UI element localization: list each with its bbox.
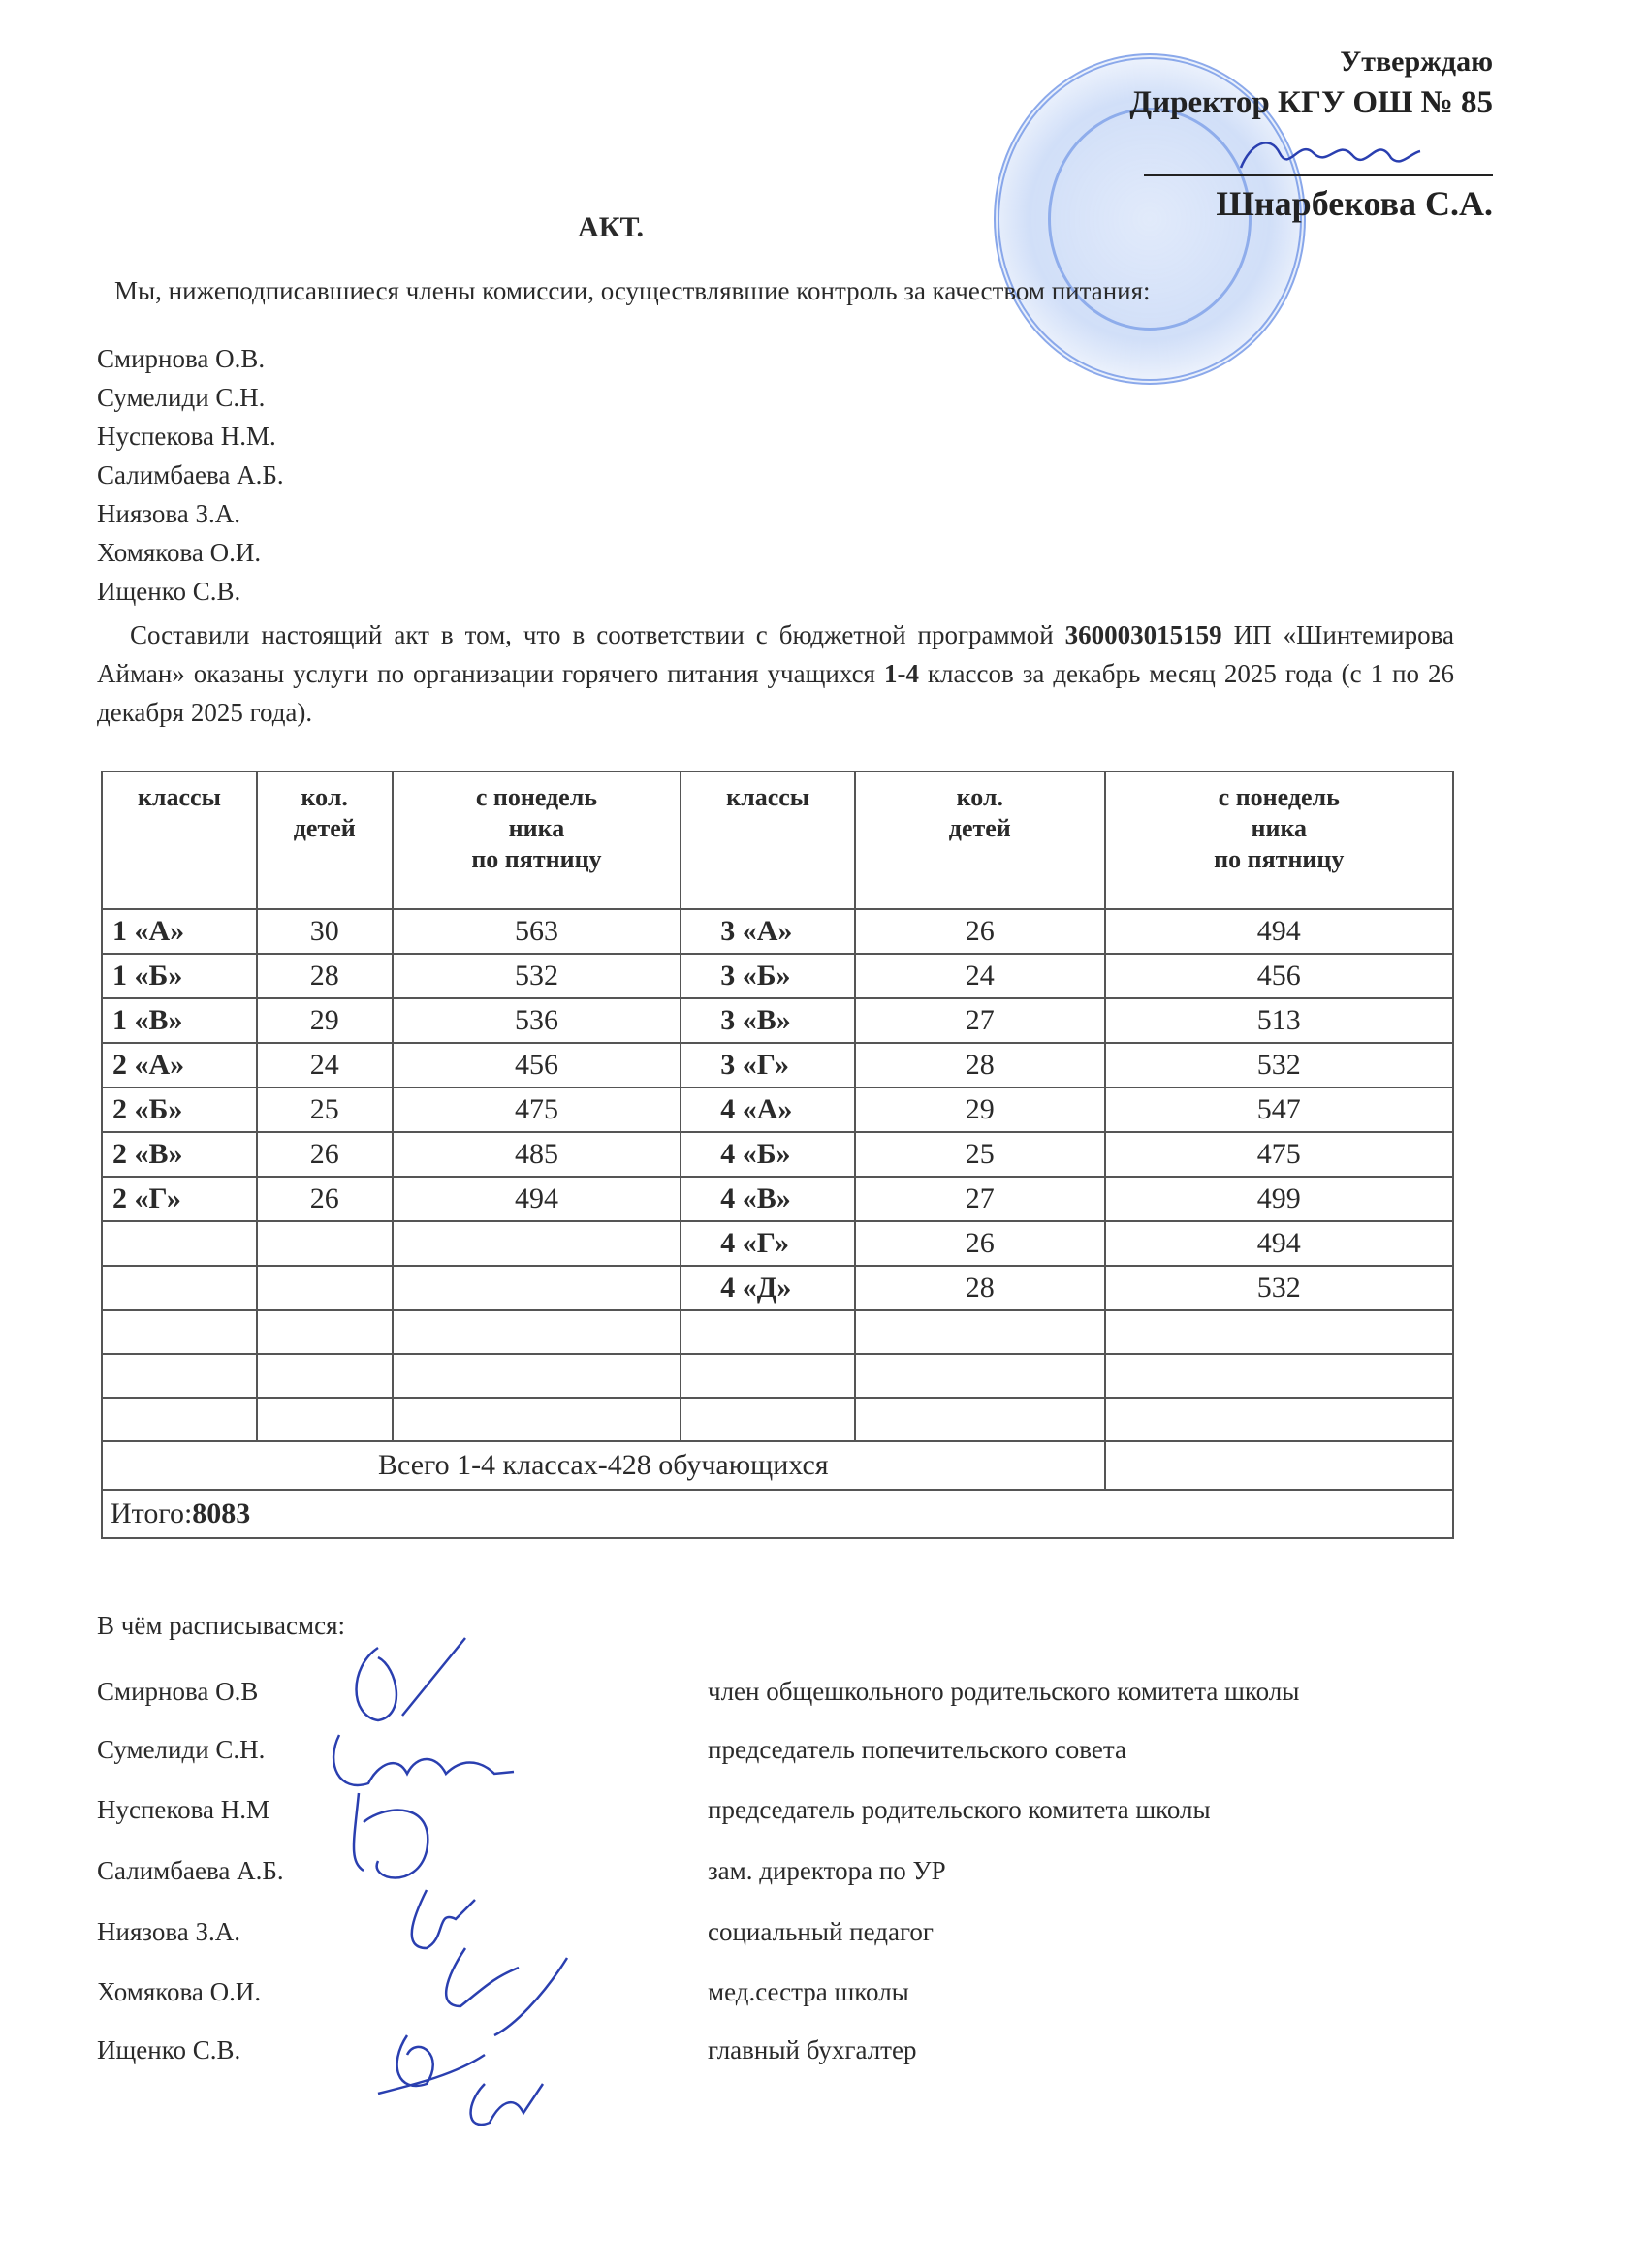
document-title: АКТ. bbox=[0, 211, 1648, 244]
kids-count-cell: 25 bbox=[855, 1132, 1105, 1177]
table-row: 2 «Г»264944 «В»27499 bbox=[102, 1177, 1453, 1221]
days-count-cell: 532 bbox=[1105, 1043, 1453, 1087]
approval-position: Директор КГУ ОШ № 85 bbox=[1129, 81, 1493, 124]
signature-row: Салимбаева А.Б.зам. директора по УР bbox=[97, 1856, 1503, 1895]
member-name: Сумелиди С.Н. bbox=[97, 378, 284, 417]
table-row-empty bbox=[102, 1310, 1453, 1354]
class-cell: 2 «В» bbox=[102, 1132, 257, 1177]
days-count-cell: 532 bbox=[393, 954, 681, 998]
itogo-label: Итого: bbox=[111, 1497, 192, 1529]
kids-count-cell: 30 bbox=[257, 909, 393, 954]
itogo-row: Итого:8083 bbox=[102, 1490, 1453, 1538]
signer-position: социальный педагог bbox=[708, 1917, 934, 1947]
signer-name: Смирнова О.В bbox=[97, 1677, 258, 1707]
signer-position: председатель родительского комитета школ… bbox=[708, 1795, 1211, 1825]
member-name: Ищенко С.В. bbox=[97, 572, 284, 611]
days-count-cell: 494 bbox=[1105, 909, 1453, 954]
days-count-cell: 456 bbox=[1105, 954, 1453, 998]
kids-count-cell bbox=[257, 1266, 393, 1310]
kids-count-cell: 26 bbox=[855, 909, 1105, 954]
meals-table: классы кол.детей с понедельникапо пятниц… bbox=[101, 771, 1454, 1539]
signer-position: зам. директора по УР bbox=[708, 1856, 946, 1886]
commission-members: Смирнова О.В. Сумелиди С.Н. Нуспекова Н.… bbox=[97, 339, 284, 611]
signatures-heading: В чём расписывасмся: bbox=[97, 1611, 345, 1641]
kids-count-cell: 25 bbox=[257, 1087, 393, 1132]
table-row: 1 «Б»285323 «Б»24456 bbox=[102, 954, 1453, 998]
class-cell: 4 «Б» bbox=[681, 1132, 855, 1177]
header-classes: классы bbox=[681, 772, 855, 909]
member-name: Салимбаева А.Б. bbox=[97, 456, 284, 494]
kids-count-cell: 28 bbox=[257, 954, 393, 998]
days-count-cell: 536 bbox=[393, 998, 681, 1043]
class-cell: 4 «В» bbox=[681, 1177, 855, 1221]
class-cell: 3 «Б» bbox=[681, 954, 855, 998]
kids-count-cell: 29 bbox=[855, 1087, 1105, 1132]
days-count-cell: 475 bbox=[1105, 1132, 1453, 1177]
days-count-cell: 513 bbox=[1105, 998, 1453, 1043]
member-name: Смирнова О.В. bbox=[97, 339, 284, 378]
signer-name: Хомякова О.И. bbox=[97, 1977, 261, 2007]
days-count-cell: 499 bbox=[1105, 1177, 1453, 1221]
header-kids-count: кол.детей bbox=[855, 772, 1105, 909]
table-row: 4 «Д»28532 bbox=[102, 1266, 1453, 1310]
kids-count-cell: 26 bbox=[855, 1221, 1105, 1266]
header-kids-count: кол.детей bbox=[257, 772, 393, 909]
class-cell: 1 «Б» bbox=[102, 954, 257, 998]
days-count-cell: 456 bbox=[393, 1043, 681, 1087]
signer-name: Ниязова З.А. bbox=[97, 1917, 240, 1947]
days-count-cell: 485 bbox=[393, 1132, 681, 1177]
days-count-cell bbox=[393, 1221, 681, 1266]
days-count-cell: 563 bbox=[393, 909, 681, 954]
header-classes: классы bbox=[102, 772, 257, 909]
class-cell: 4 «А» bbox=[681, 1087, 855, 1132]
signature-row: Нуспекова Н.Мпредседатель родительского … bbox=[97, 1795, 1503, 1834]
signer-name: Сумелиди С.Н. bbox=[97, 1735, 265, 1765]
paragraph-part1: Составили настоящий акт в том, что в соо… bbox=[130, 620, 1065, 649]
days-count-cell: 494 bbox=[1105, 1221, 1453, 1266]
class-cell: 1 «А» bbox=[102, 909, 257, 954]
kids-count-cell bbox=[257, 1221, 393, 1266]
class-cell: 3 «А» bbox=[681, 909, 855, 954]
signature-row: Сумелиди С.Н.председатель попечительског… bbox=[97, 1735, 1503, 1774]
kids-count-cell: 27 bbox=[855, 998, 1105, 1043]
table-row-empty bbox=[102, 1354, 1453, 1398]
intro-text: Мы, нижеподписавшиеся члены комиссии, ос… bbox=[114, 276, 1151, 306]
class-cell: 2 «Г» bbox=[102, 1177, 257, 1221]
table-row: 2 «А»244563 «Г»28532 bbox=[102, 1043, 1453, 1087]
signer-position: председатель попечительского совета bbox=[708, 1735, 1126, 1765]
signature-row: Ищенко С.В. главный бухгалтер bbox=[97, 2035, 1503, 2074]
total-students-row: Всего 1-4 классах-428 обучающихся bbox=[102, 1441, 1453, 1490]
table-row-empty bbox=[102, 1398, 1453, 1441]
days-count-cell: 475 bbox=[393, 1087, 681, 1132]
class-cell: 3 «В» bbox=[681, 998, 855, 1043]
kids-count-cell: 24 bbox=[257, 1043, 393, 1087]
class-cell: 1 «В» bbox=[102, 998, 257, 1043]
table-row: 4 «Г»26494 bbox=[102, 1221, 1453, 1266]
director-signature bbox=[1231, 124, 1425, 182]
approval-label: Утверждаю bbox=[1129, 43, 1493, 81]
class-cell: 2 «А» bbox=[102, 1043, 257, 1087]
itogo-cell: Итого:8083 bbox=[102, 1490, 1453, 1538]
kids-count-cell: 28 bbox=[855, 1266, 1105, 1310]
signature-row: Хомякова О.И.мед.сестра школы bbox=[97, 1977, 1503, 2016]
table-row: 2 «Б»254754 «А»29547 bbox=[102, 1087, 1453, 1132]
table-row: 2 «В»264854 «Б»25475 bbox=[102, 1132, 1453, 1177]
header-days: с понедельникапо пятницу bbox=[1105, 772, 1453, 909]
signature-row: Ниязова З.А.социальный педагог bbox=[97, 1917, 1503, 1956]
member-name: Хомякова О.И. bbox=[97, 533, 284, 572]
days-count-cell: 547 bbox=[1105, 1087, 1453, 1132]
kids-count-cell: 29 bbox=[257, 998, 393, 1043]
days-count-cell bbox=[393, 1266, 681, 1310]
class-cell: 2 «Б» bbox=[102, 1087, 257, 1132]
director-signature-line bbox=[1144, 124, 1493, 176]
member-name: Ниязова З.А. bbox=[97, 494, 284, 533]
kids-count-cell: 27 bbox=[855, 1177, 1105, 1221]
table-row: 1 «А»305633 «А»26494 bbox=[102, 909, 1453, 954]
signer-position: член общешкольного родительского комитет… bbox=[708, 1677, 1299, 1707]
kids-count-cell: 24 bbox=[855, 954, 1105, 998]
kids-count-cell: 26 bbox=[257, 1177, 393, 1221]
header-days: с понедельникапо пятницу bbox=[393, 772, 681, 909]
days-count-cell: 532 bbox=[1105, 1266, 1453, 1310]
signer-name: Ищенко С.В. bbox=[97, 2035, 240, 2065]
signature-row: Смирнова О.Вчлен общешкольного родительс… bbox=[97, 1677, 1503, 1716]
approval-block: Утверждаю Директор КГУ ОШ № 85 Шнарбеков… bbox=[1129, 43, 1493, 231]
handwritten-signatures bbox=[320, 1628, 708, 2132]
signer-position: главный бухгалтер bbox=[708, 2035, 916, 2065]
kids-count-cell: 28 bbox=[855, 1043, 1105, 1087]
class-cell: 4 «Д» bbox=[681, 1266, 855, 1310]
kids-count-cell: 26 bbox=[257, 1132, 393, 1177]
class-cell bbox=[102, 1221, 257, 1266]
signer-position: мед.сестра школы bbox=[708, 1977, 909, 2007]
total-students: Всего 1-4 классах-428 обучающихся bbox=[102, 1441, 1105, 1490]
member-name: Нуспекова Н.М. bbox=[97, 417, 284, 456]
itogo-value: 8083 bbox=[192, 1497, 250, 1529]
class-cell: 4 «Г» bbox=[681, 1221, 855, 1266]
act-paragraph: Составили настоящий акт в том, что в соо… bbox=[97, 615, 1454, 732]
program-number: 360003015159 bbox=[1065, 620, 1222, 649]
grades-range: 1-4 bbox=[884, 659, 919, 688]
days-count-cell: 494 bbox=[393, 1177, 681, 1221]
signer-name: Салимбаева А.Б. bbox=[97, 1856, 284, 1886]
signer-name: Нуспекова Н.М bbox=[97, 1795, 269, 1825]
class-cell bbox=[102, 1266, 257, 1310]
table-header-row: классы кол.детей с понедельникапо пятниц… bbox=[102, 772, 1453, 909]
table-row: 1 «В»295363 «В»27513 bbox=[102, 998, 1453, 1043]
class-cell: 3 «Г» bbox=[681, 1043, 855, 1087]
